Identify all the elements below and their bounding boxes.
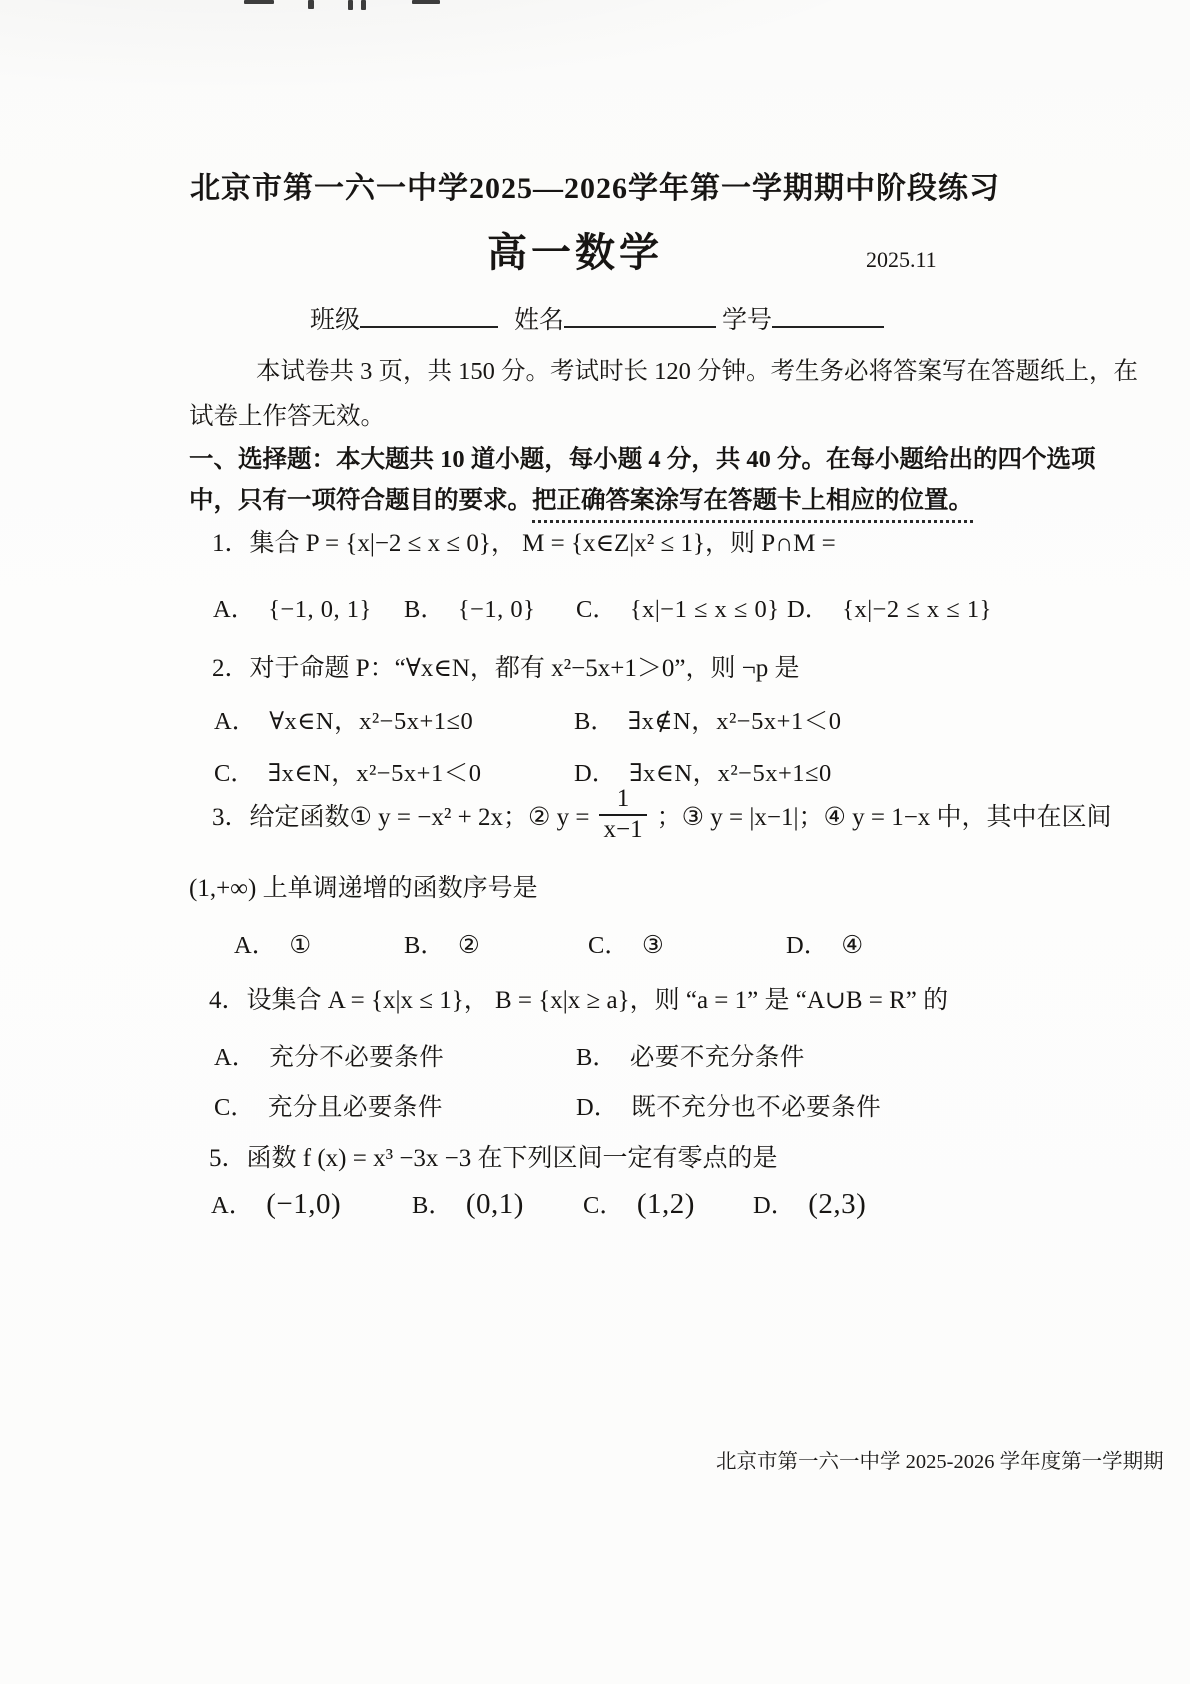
question-1-option-a: A．{−1, 0, 1} [213, 590, 372, 625]
option-label: A． [211, 1186, 253, 1221]
option-text: (0,1) [466, 1188, 524, 1221]
fraction-denominator: x−1 [599, 816, 646, 845]
question-4-option-a: A．充分不必要条件 [214, 1038, 444, 1073]
option-text: 充分且必要条件 [268, 1088, 443, 1123]
option-label: A． [214, 1038, 256, 1073]
notice-line2: 试卷上作答无效。 [189, 397, 385, 432]
option-text: {−1, 0, 1} [268, 596, 372, 624]
option-label: B． [404, 590, 445, 625]
option-label: B． [404, 926, 445, 961]
section1-line2-prefix: 中，只有一项符合题目的要求。 [189, 487, 532, 514]
option-label: C． [214, 1088, 255, 1123]
scan-artifact-mark [361, 0, 366, 10]
id-label: 学号 [722, 307, 772, 334]
option-label: A． [213, 590, 255, 625]
option-label: C． [583, 1186, 624, 1221]
class-blank [360, 304, 498, 328]
question-1-option-d: D．{x|−2 ≤ x ≤ 1} [787, 590, 992, 625]
question-3-option-b: B．② [404, 926, 480, 961]
exam-date: 2025.11 [866, 247, 937, 273]
question-3-stem-part1: 3．给定函数① y = −x² + 2x；② y = [212, 797, 589, 833]
option-text: ∀x∈N，x²−5x+1≤0 [269, 702, 473, 737]
option-label: A． [234, 926, 276, 961]
question-3-option-d: D．④ [786, 926, 864, 961]
question-3-option-c: C．③ [588, 926, 664, 961]
question-2-stem: 2．对于命题 P：“∀x∈N，都有 x²−5x+1＞0”，则 ¬p 是 [212, 648, 800, 684]
question-5-stem: 5．函数 f (x) = x³ −3x −3 在下列区间一定有零点的是 [209, 1138, 778, 1174]
option-label: C． [588, 926, 629, 961]
option-label: D． [753, 1186, 795, 1221]
question-5-option-b: B．(0,1) [412, 1186, 524, 1221]
name-label: 姓名 [514, 307, 564, 334]
option-text: ① [289, 930, 311, 960]
option-label: B． [412, 1186, 453, 1221]
question-1-option-c: C．{x|−1 ≤ x ≤ 0} [576, 590, 779, 625]
id-blank [772, 304, 884, 328]
section1-line2-emphasized: 把正确答案涂写在答题卡上相应的位置。 [532, 487, 973, 523]
question-1-option-b: B．{−1, 0} [404, 590, 535, 625]
question-3-option-a: A．① [234, 926, 312, 961]
option-label: C． [576, 590, 617, 625]
option-text: ③ [642, 930, 664, 960]
name-blank [564, 304, 716, 328]
page-footer: 北京市第一六一中学 2025-2026 学年度第一学期期 [716, 1444, 1164, 1474]
scan-artifact-mark [412, 0, 440, 4]
subject-title: 高一数学 [0, 221, 1170, 278]
notice-line1: 本试卷共 3 页，共 150 分。考试时长 120 分钟。考生务必将答案写在答题… [256, 352, 1138, 387]
option-text: (1,2) [637, 1188, 695, 1221]
question-1-stem: 1．集合 P = {x|−2 ≤ x ≤ 0}， M = {x∈Z|x² ≤ 1… [212, 523, 836, 559]
section1-header-line2: 中，只有一项符合题目的要求。把正确答案涂写在答题卡上相应的位置。 [189, 481, 973, 516]
class-label: 班级 [310, 307, 360, 334]
question-3-stem: 3．给定函数① y = −x² + 2x；② y = 1 x−1 ；③ y = … [212, 782, 1112, 848]
option-label: D． [576, 1088, 618, 1123]
question-4-stem: 4．设集合 A = {x|x ≤ 1}， B = {x|x ≥ a}，则 “a … [209, 980, 948, 1016]
option-text: 既不充分也不必要条件 [631, 1088, 881, 1123]
question-5-option-d: D．(2,3) [753, 1186, 866, 1221]
question-3-stem-line2: (1,+∞) 上单调递增的函数序号是 [189, 868, 538, 904]
question-4-option-b: B．必要不充分条件 [576, 1038, 805, 1073]
question-4-option-d: D．既不充分也不必要条件 [576, 1088, 881, 1123]
section1-header-line1: 一、选择题：本大题共 10 道小题，每小题 4 分，共 40 分。在每小题给出的… [189, 440, 1096, 475]
option-text: ② [458, 930, 480, 960]
option-text: 必要不充分条件 [630, 1038, 805, 1073]
question-2-option-b: B．∃x∉N，x²−5x+1＜0 [574, 702, 841, 737]
scan-artifact-mark [308, 0, 314, 9]
option-label: B． [574, 702, 615, 737]
scan-artifact-mark [348, 0, 353, 10]
fraction: 1 x−1 [599, 785, 646, 845]
option-label: A． [214, 702, 256, 737]
option-text: ∃x∉N，x²−5x+1＜0 [628, 702, 842, 737]
page-title: 北京市第一六一中学2025—2026学年第一学期期中阶段练习 [0, 163, 1190, 207]
option-text: (−1,0) [266, 1188, 341, 1221]
option-label: D． [786, 926, 828, 961]
option-text: (2,3) [808, 1188, 866, 1221]
option-text: ④ [841, 930, 863, 960]
fraction-numerator: 1 [607, 785, 640, 814]
option-text: 充分不必要条件 [269, 1038, 444, 1073]
question-2-option-a: A．∀x∈N，x²−5x+1≤0 [214, 702, 473, 737]
option-text: {−1, 0} [458, 596, 536, 624]
option-label: D． [787, 590, 829, 625]
option-label: B． [576, 1038, 617, 1073]
question-3-stem-part2: ；③ y = |x−1|；④ y = 1−x 中，其中在区间 [657, 797, 1112, 833]
question-5-option-a: A．(−1,0) [211, 1186, 341, 1221]
exam-paper-page: 北京市第一六一中学2025—2026学年第一学期期中阶段练习 高一数学 2025… [0, 0, 1190, 1684]
option-text: {x|−2 ≤ x ≤ 1} [842, 596, 992, 624]
scan-artifact-mark [244, 0, 274, 4]
question-4-option-c: C．充分且必要条件 [214, 1088, 443, 1123]
student-info-row: 班级姓名学号 [310, 300, 884, 336]
question-5-option-c: C．(1,2) [583, 1186, 695, 1221]
option-text: {x|−1 ≤ x ≤ 0} [630, 596, 780, 624]
